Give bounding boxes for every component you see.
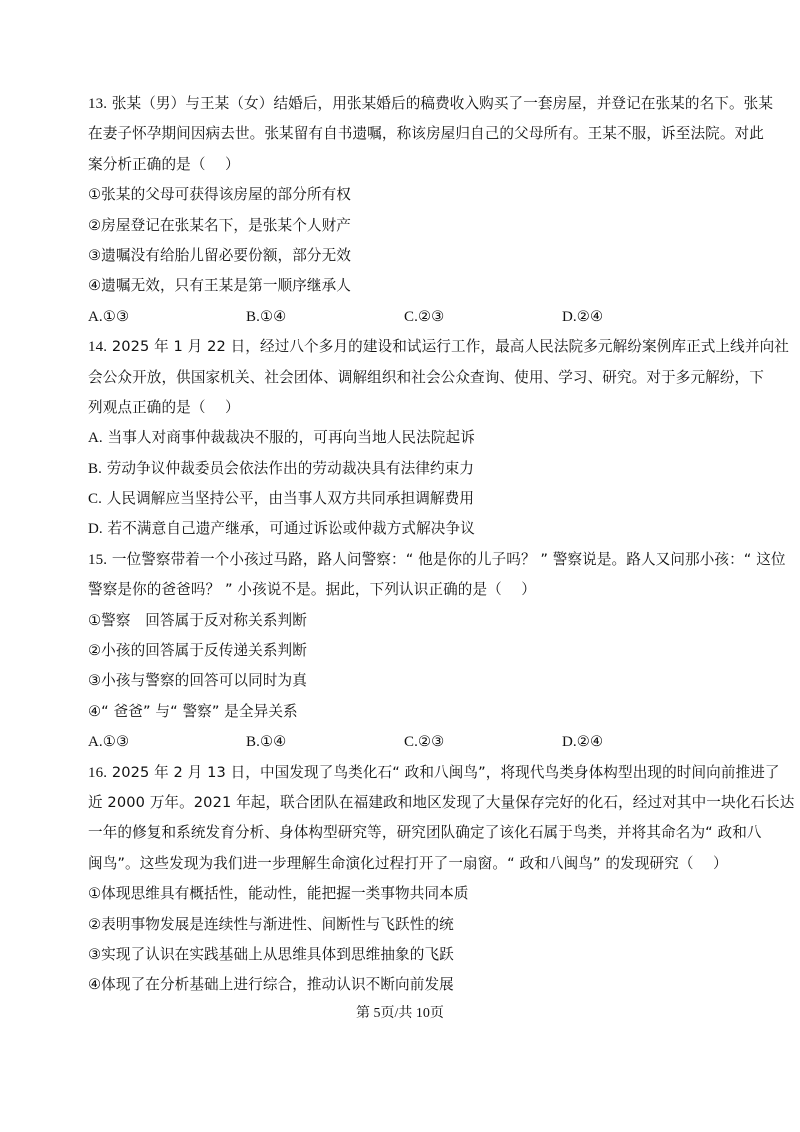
choice-b: B.①④: [246, 727, 404, 757]
choice-c: C.②③: [404, 302, 562, 332]
question-number: 14.: [88, 339, 107, 355]
option-a: A. 当事人对商事仲裁裁决不服的，可再向当地人民法院起诉: [88, 423, 724, 453]
statement: ④“ 爸爸” 与“ 警察” 是全异关系: [88, 697, 724, 727]
question-stem-line: 在妻子怀孕期间因病去世。张某留有自书遗嘱，称该房屋归自己的父母所有。王某不服，诉…: [88, 119, 724, 149]
question-stem-line: 一年的修复和系统发育分析、身体构型研究等，研究团队确定了该化石属于鸟类，并将其命…: [88, 818, 724, 848]
question-stem-line: 列观点正确的是（ ）: [88, 393, 724, 423]
statement: ①体现思维具有概括性，能动性，能把握一类事物共同本质: [88, 879, 724, 909]
choice-d: D.②④: [562, 302, 720, 332]
statement: ②小孩的回答属于反传递关系判断: [88, 636, 724, 666]
question-number: 13.: [88, 96, 107, 112]
question-stem-line: 15. 一位警察带着一个小孩过马路，路人问警察：“ 他是你的儿子吗？ ” 警察说…: [88, 545, 724, 575]
question-stem-line: 16. 2025 年 2 月 13 日，中国发现了鸟类化石“ 政和八闽鸟”，将现…: [88, 758, 724, 788]
question-number: 15.: [88, 552, 107, 568]
option-c: C. 人民调解应当坚持公平，由当事人双方共同承担调解费用: [88, 484, 724, 514]
choice-a: A.①③: [88, 727, 246, 757]
question-stem-line: 案分析正确的是（ ）: [88, 150, 724, 180]
choice-c: C.②③: [404, 727, 562, 757]
statement: ③小孩与警察的回答可以同时为真: [88, 666, 724, 696]
choice-d: D.②④: [562, 727, 720, 757]
exam-page: 13. 张某（男）与王某（女）结婚后，用张某婚后的稿费收入购买了一套房屋，并登记…: [88, 89, 724, 1001]
statement: ①警察 回答属于反对称关系判断: [88, 606, 724, 636]
question-stem-line: 14. 2025 年 1 月 22 日，经过八个多月的建设和试运行工作，最高人民…: [88, 332, 724, 362]
question-stem-line: 警察是你的爸爸吗？ ” 小孩说不是。据此，下列认识正确的是（ ）: [88, 575, 724, 605]
page-footer: 第 5页/共 10页: [0, 1003, 800, 1024]
choice-b: B.①④: [246, 302, 404, 332]
choice-a: A.①③: [88, 302, 246, 332]
page-number-label: 第 5页/共 10页: [356, 1006, 444, 1021]
question-15: 15. 一位警察带着一个小孩过马路，路人问警察：“ 他是你的儿子吗？ ” 警察说…: [88, 545, 724, 758]
statement: ②房屋登记在张某名下，是张某个人财产: [88, 211, 724, 241]
question-16: 16. 2025 年 2 月 13 日，中国发现了鸟类化石“ 政和八闽鸟”，将现…: [88, 758, 724, 1001]
question-stem-line: 近 2000 万年。2021 年起，联合团队在福建政和地区发现了大量保存完好的化…: [88, 788, 724, 818]
statement: ③遗嘱没有给胎儿留必要份额，部分无效: [88, 241, 724, 271]
answer-choices: A.①③ B.①④ C.②③ D.②④: [88, 727, 724, 757]
statement: ③实现了认识在实践基础上从思维具体到思维抽象的飞跃: [88, 940, 724, 970]
statement: ④体现了在分析基础上进行综合，推动认识不断向前发展: [88, 970, 724, 1000]
question-13: 13. 张某（男）与王某（女）结婚后，用张某婚后的稿费收入购买了一套房屋，并登记…: [88, 89, 724, 332]
question-14: 14. 2025 年 1 月 22 日，经过八个多月的建设和试运行工作，最高人民…: [88, 332, 724, 545]
answer-choices: A.①③ B.①④ C.②③ D.②④: [88, 302, 724, 332]
question-stem-line: 闽鸟”。这些发现为我们进一步理解生命演化过程打开了一扇窗。“ 政和八闽鸟” 的发…: [88, 849, 724, 879]
question-stem-line: 13. 张某（男）与王某（女）结婚后，用张某婚后的稿费收入购买了一套房屋，并登记…: [88, 89, 724, 119]
option-d: D. 若不满意自己遗产继承，可通过诉讼或仲裁方式解决争议: [88, 514, 724, 544]
statement: ④遗嘱无效，只有王某是第一顺序继承人: [88, 271, 724, 301]
statement: ②表明事物发展是连续性与渐进性、间断性与飞跃性的统: [88, 910, 724, 940]
question-stem-line: 会公众开放，供国家机关、社会团体、调解组织和社会公众查询、使用、学习、研究。对于…: [88, 363, 724, 393]
statement: ①张某的父母可获得该房屋的部分所有权: [88, 180, 724, 210]
option-b: B. 劳动争议仲裁委员会依法作出的劳动裁决具有法律约束力: [88, 454, 724, 484]
question-number: 16.: [88, 765, 107, 781]
